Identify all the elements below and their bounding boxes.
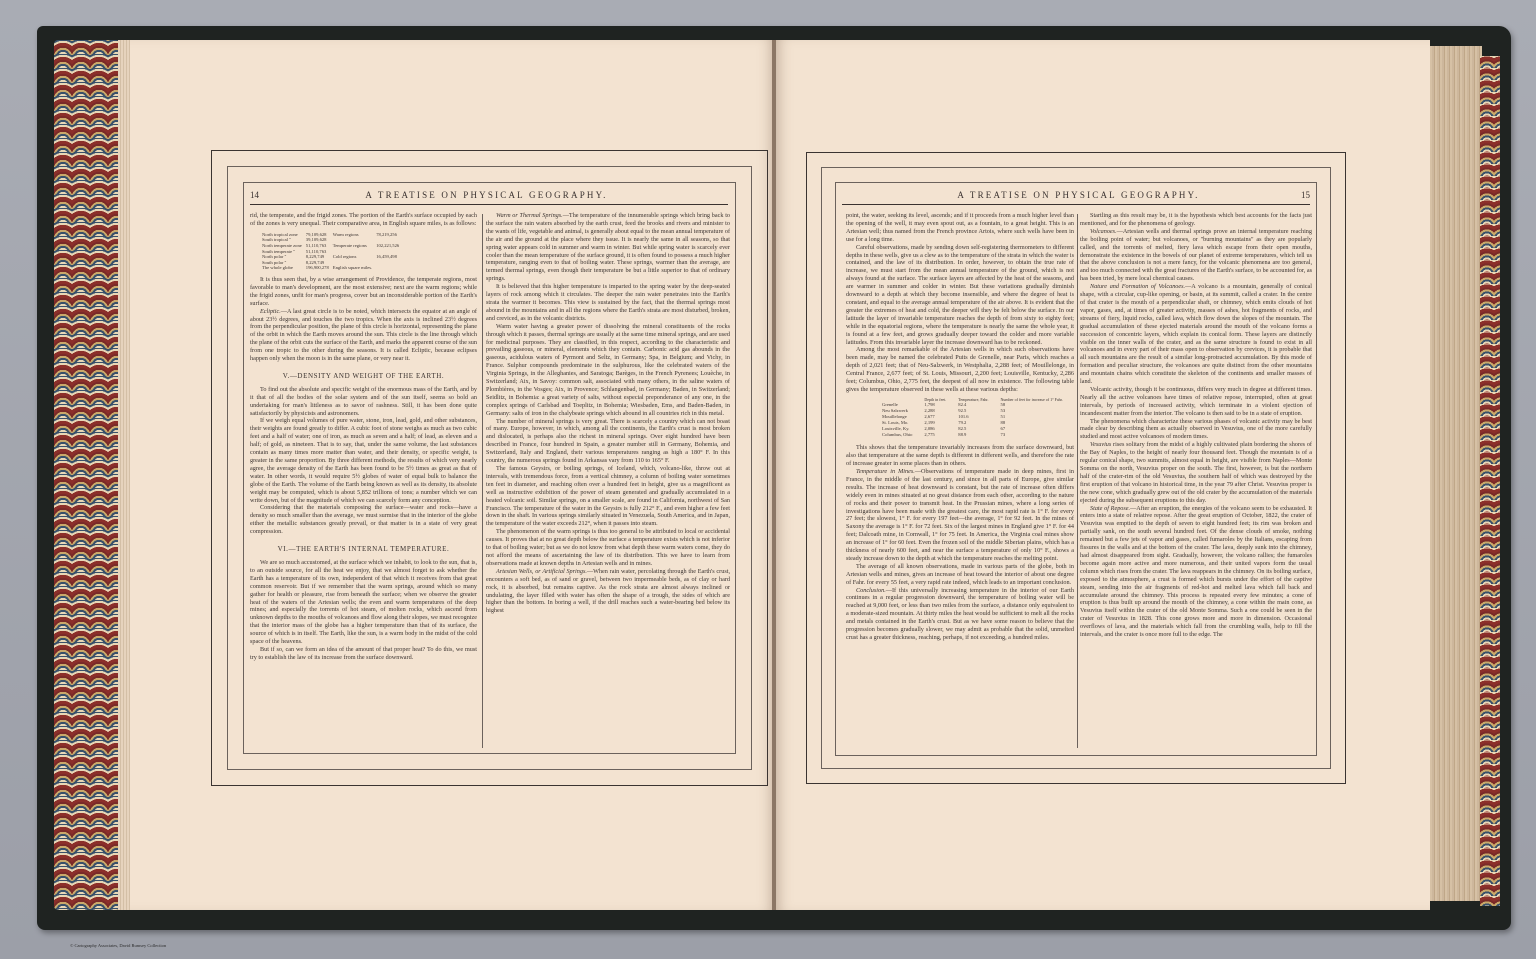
section-heading: VI.—THE EARTH'S INTERNAL TEMPERATURE.	[250, 546, 477, 554]
paragraph: The average of all known observations, m…	[846, 563, 1074, 587]
page-edges-right	[1427, 46, 1482, 901]
paragraph: Warm or Thermal Springs.—The temperature…	[486, 212, 730, 283]
paragraph: Careful observations, made by sending do…	[846, 244, 1074, 347]
section-heading: V.—DENSITY AND WEIGHT OF THE EARTH.	[250, 373, 477, 381]
table-row: Columbus, Ohio2,77588.973	[876, 432, 1069, 438]
right-page-column-1: point, the water, seeking its level, asc…	[846, 212, 1074, 752]
paragraph: Considering that the materials composing…	[250, 504, 477, 536]
paragraph: Temperature in Mines.—Observations of te…	[846, 468, 1074, 563]
copyright-credit: © Cartography Associates, David Rumsey C…	[70, 943, 166, 948]
paragraph: We are so much accustomed, at the surfac…	[250, 559, 477, 646]
left-page-column-1: rid, the temperate, and the frigid zones…	[250, 212, 477, 750]
right-page-header: A TREATISE ON PHYSICAL GEOGRAPHY. 15	[842, 190, 1310, 200]
page-number: 14	[250, 190, 259, 200]
left-page-header: 14 A TREATISE ON PHYSICAL GEOGRAPHY.	[250, 190, 728, 200]
paragraph: Ecliptic.—A last great circle is to be n…	[250, 308, 477, 363]
paragraph: Vesuvius rises solitary from the midst o…	[1080, 441, 1312, 504]
column-divider	[482, 214, 483, 748]
right-page-column-2: Startling as this result may be, it is t…	[1080, 212, 1312, 752]
paragraph: The phenomenon of the warm springs is th…	[486, 528, 730, 568]
left-page-column-2: Warm or Thermal Springs.—The temperature…	[486, 212, 730, 750]
paragraph: State of Repose.—After an eruption, the …	[1080, 505, 1312, 639]
paragraph: point, the water, seeking its level, asc…	[846, 212, 1074, 244]
paragraph: The famous Geysirs, or boiling springs, …	[486, 465, 730, 528]
paragraph: If we weigh equal volumes of pure water,…	[250, 417, 477, 504]
marbled-endpaper-right	[1480, 56, 1500, 906]
paragraph: It is thus seen that, by a wise arrangem…	[250, 276, 477, 308]
paragraph: Among the most remarkable of the Artesia…	[846, 346, 1074, 393]
paragraph: Warm water having a greater power of dis…	[486, 323, 730, 418]
column-divider	[1077, 214, 1078, 748]
paragraph: Volcanic activity, though it be continuo…	[1080, 386, 1312, 418]
paragraph: The number of mineral springs is very gr…	[486, 418, 730, 465]
paragraph: But if so, can we form an idea of the am…	[250, 646, 477, 662]
page-number: 15	[1301, 190, 1310, 200]
paragraph: rid, the temperate, and the frigid zones…	[250, 212, 477, 228]
paragraph: Nature and Formation of Volcanoes.—A vol…	[1080, 283, 1312, 386]
paragraph: To find out the absolute and specific we…	[250, 386, 477, 418]
paragraph: This shows that the temperature invariab…	[846, 444, 1074, 468]
paragraph: Volcanoes.—Artesian wells and thermal sp…	[1080, 228, 1312, 283]
artesian-wells-table: Depth in feet. Temperature, Fahr. Number…	[876, 398, 1069, 438]
running-title: A TREATISE ON PHYSICAL GEOGRAPHY.	[365, 190, 607, 200]
paragraph: Artesian Wells, or Artificial Springs.—W…	[486, 568, 730, 615]
paragraph: It is believed that this higher temperat…	[486, 283, 730, 323]
paragraph: Conclusion.—If this universally increasi…	[846, 587, 1074, 642]
zones-area-table: North tropical zone79,109,628Warm region…	[260, 232, 401, 271]
table-row: The whole globe196,900,278English square…	[260, 265, 401, 271]
paragraph: The phenomena which characterize these v…	[1080, 418, 1312, 442]
paragraph: Startling as this result may be, it is t…	[1080, 212, 1312, 228]
marbled-endpaper-left	[54, 40, 120, 910]
running-title: A TREATISE ON PHYSICAL GEOGRAPHY.	[957, 190, 1199, 200]
